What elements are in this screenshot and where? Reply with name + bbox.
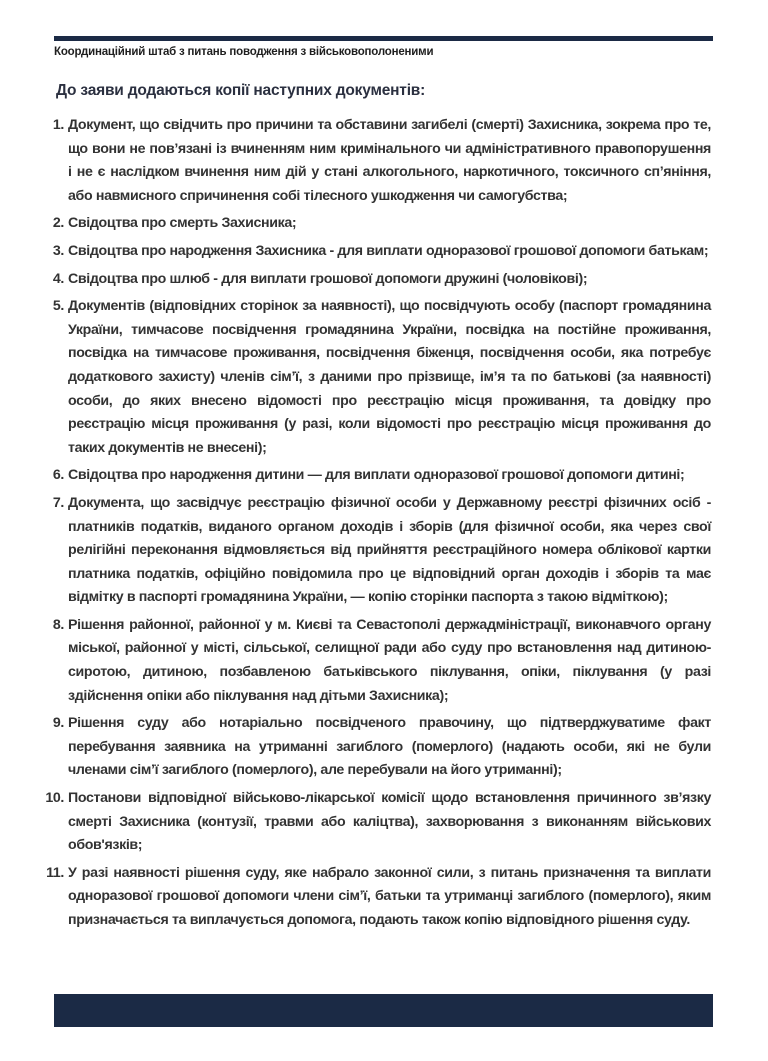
item-text: Свідоцтва про народження дитини — для ви…: [68, 464, 711, 488]
item-text: Свідоцтва про шлюб - для виплати грошово…: [68, 268, 711, 292]
list-item: 2. Свідоцтва про смерть Захисника;: [40, 212, 711, 236]
item-number: 7.: [40, 492, 68, 610]
item-text: Документ, що свідчить про причини та обс…: [68, 114, 711, 208]
header-organization: Координаційний штаб з питань поводження …: [54, 46, 433, 58]
item-text: Свідоцтва про народження Захисника - для…: [68, 240, 711, 264]
item-text: Документів (відповідних сторінок за наяв…: [68, 295, 711, 460]
header-rule: [54, 36, 713, 41]
list-item: 6. Свідоцтва про народження дитини — для…: [40, 464, 711, 488]
item-number: 11.: [40, 862, 68, 933]
item-number: 10.: [40, 787, 68, 858]
item-number: 6.: [40, 464, 68, 488]
list-item: 8. Рішення районної, районної у м. Києві…: [40, 614, 711, 708]
item-number: 5.: [40, 295, 68, 460]
list-item: 4. Свідоцтва про шлюб - для виплати грош…: [40, 268, 711, 292]
section-title: До заяви додаються копії наступних докум…: [56, 82, 425, 100]
list-item: 11. У разі наявності рішення суду, яке н…: [40, 862, 711, 933]
item-number: 9.: [40, 712, 68, 783]
list-item: 3. Свідоцтва про народження Захисника - …: [40, 240, 711, 264]
item-number: 4.: [40, 268, 68, 292]
item-text: Документа, що засвідчує реєстрацію фізич…: [68, 492, 711, 610]
item-number: 8.: [40, 614, 68, 708]
list-item: 7. Документа, що засвідчує реєстрацію фі…: [40, 492, 711, 610]
item-text: У разі наявності рішення суду, яке набра…: [68, 862, 711, 933]
list-item: 9. Рішення суду або нотаріально посвідче…: [40, 712, 711, 783]
item-text: Свідоцтва про смерть Захисника;: [68, 212, 711, 236]
list-item: 1. Документ, що свідчить про причини та …: [40, 114, 711, 208]
item-number: 1.: [40, 114, 68, 208]
list-item: 10. Постанови відповідної військово-ліка…: [40, 787, 711, 858]
item-text: Рішення суду або нотаріально посвідченог…: [68, 712, 711, 783]
item-text: Рішення районної, районної у м. Києві та…: [68, 614, 711, 708]
item-text: Постанови відповідної військово-лікарськ…: [68, 787, 711, 858]
document-page: Координаційний штаб з питань поводження …: [0, 0, 768, 1061]
footer-bar: [54, 994, 713, 1027]
list-item: 5. Документів (відповідних сторінок за н…: [40, 295, 711, 460]
item-number: 3.: [40, 240, 68, 264]
item-number: 2.: [40, 212, 68, 236]
documents-list: 1. Документ, що свідчить про причини та …: [40, 114, 711, 937]
